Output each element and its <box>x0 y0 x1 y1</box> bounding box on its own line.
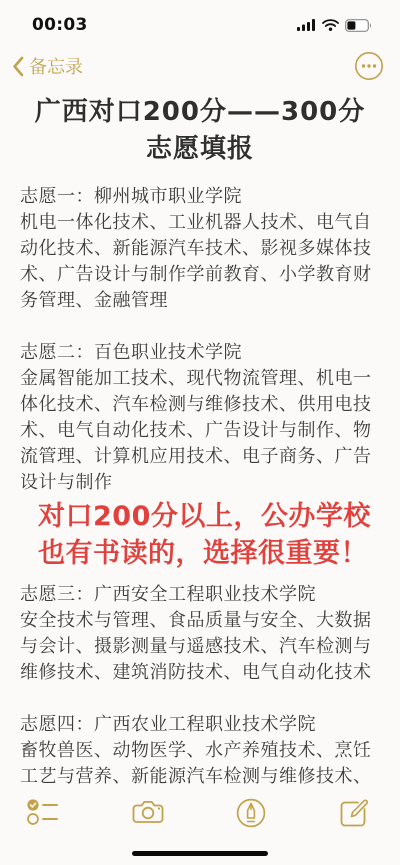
choice-3-section: 志愿三：广西安全工程职业技术学院 安全技术与管理、食品质量与安全、大数据与会计、… <box>20 582 380 686</box>
status-icons <box>297 19 372 32</box>
choice-1-heading: 志愿一：柳州城市职业学院 <box>20 184 380 210</box>
choice-2-section: 志愿二：百色职业技术学院 金属智能加工技术、现代物流管理、机电一体化技术、汽车检… <box>20 340 380 496</box>
wifi-icon <box>322 19 339 31</box>
compose-icon <box>338 797 370 829</box>
camera-icon <box>131 797 165 825</box>
status-bar: 00:03 <box>0 0 400 40</box>
camera-button[interactable] <box>131 797 165 825</box>
checklist-icon <box>26 797 60 827</box>
note-body: 志愿一：柳州城市职业学院 机电一体化技术、工业机器人技术、电气自动化技术、新能源… <box>0 184 400 816</box>
chevron-left-icon <box>12 56 24 77</box>
choice-2-majors: 金属智能加工技术、现代物流管理、机电一体化技术、汽车检测与维修技术、供用电技术、… <box>20 366 380 496</box>
red-highlight-line2: 也有书读的，选择很重要！ <box>38 538 368 569</box>
battery-icon <box>345 19 372 32</box>
compose-button[interactable] <box>338 797 370 829</box>
ellipsis-circle-icon <box>354 51 384 81</box>
notes-app-screen: 00:03 <box>0 0 400 865</box>
choice-2-heading: 志愿二：百色职业技术学院 <box>20 340 380 366</box>
red-highlight-note: 对口200分以上，公办学校 也有书读的，选择很重要！ <box>38 498 380 572</box>
back-button-label: 备忘录 <box>29 53 83 79</box>
choice-4-heading: 志愿四：广西农业工程职业技术学院 <box>20 712 380 738</box>
markup-pen-icon <box>235 797 267 829</box>
note-title: 广西对口200分——300分 志愿填报 <box>18 94 382 168</box>
red-highlight-line1: 对口200分以上，公办学校 <box>38 501 371 532</box>
back-button[interactable]: 备忘录 <box>12 53 83 79</box>
note-title-line1: 广西对口200分——300分 <box>35 97 366 127</box>
markup-button[interactable] <box>235 797 267 829</box>
nav-bar: 备忘录 <box>0 40 400 86</box>
choice-1-section: 志愿一：柳州城市职业学院 机电一体化技术、工业机器人技术、电气自动化技术、新能源… <box>20 184 380 314</box>
cellular-signal-icon <box>297 19 316 31</box>
choice-3-majors: 安全技术与管理、食品质量与安全、大数据与会计、摄影测量与遥感技术、汽车检测与维修… <box>20 608 380 686</box>
choice-1-majors: 机电一体化技术、工业机器人技术、电气自动化技术、新能源汽车技术、影视多媒体技术、… <box>20 210 380 314</box>
checklist-button[interactable] <box>26 797 60 827</box>
status-time: 00:03 <box>32 15 88 35</box>
more-options-button[interactable] <box>354 51 384 81</box>
note-title-line2: 志愿填报 <box>146 134 254 164</box>
choice-3-heading: 志愿三：广西安全工程职业技术学院 <box>20 582 380 608</box>
home-indicator[interactable] <box>132 851 268 856</box>
